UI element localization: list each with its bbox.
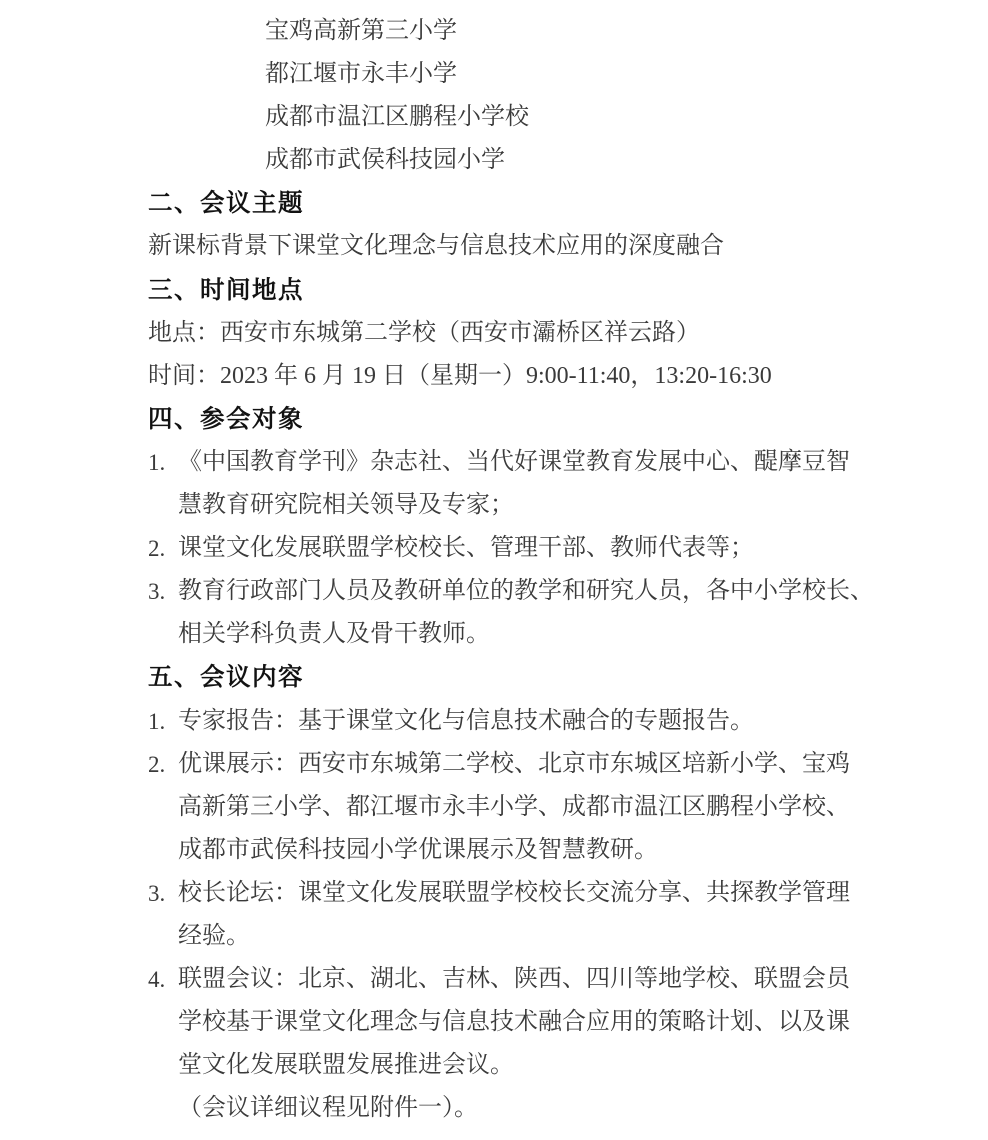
school-list: 宝鸡高新第三小学 都江堰市永丰小学 成都市温江区鹏程小学校 成都市武侯科技园小学	[148, 10, 958, 182]
list-item-text: 《中国教育学刊》杂志社、当代好课堂教育发展中心、醍摩豆智	[178, 441, 958, 484]
list-item: 2. 优课展示：西安市东城第二学校、北京市东城区培新小学、宝鸡	[148, 743, 958, 786]
list-item-continuation: 学校基于课堂文化理念与信息技术融合应用的策略计划、以及课	[148, 1001, 958, 1044]
list-item-text: 教育行政部门人员及教研单位的教学和研究人员，各中小学校长、	[178, 570, 958, 613]
list-item-number: 4.	[148, 958, 178, 1001]
agenda-note: （会议详细议程见附件一）。	[148, 1087, 958, 1130]
school-list-item: 都江堰市永丰小学	[148, 53, 958, 96]
list-item-number: 3.	[148, 872, 178, 915]
list-item: 3. 校长论坛：课堂文化发展联盟学校校长交流分享、共探教学管理	[148, 872, 958, 915]
list-item-number: 1.	[148, 441, 178, 484]
section-meeting-content: 五、会议内容 1. 专家报告：基于课堂文化与信息技术融合的专题报告。 2. 优课…	[148, 656, 958, 1130]
list-item: 2. 课堂文化发展联盟学校校长、管理干部、教师代表等；	[148, 527, 958, 570]
section-time-place: 三、时间地点 地点：西安市东城第二学校（西安市灞桥区祥云路） 时间：2023 年…	[148, 269, 958, 398]
list-item-number: 1.	[148, 700, 178, 743]
section-heading-meeting-content: 五、会议内容	[148, 656, 958, 699]
list-item-number: 2.	[148, 527, 178, 570]
list-item: 1. 《中国教育学刊》杂志社、当代好课堂教育发展中心、醍摩豆智	[148, 441, 958, 484]
list-item: 3. 教育行政部门人员及教研单位的教学和研究人员，各中小学校长、	[148, 570, 958, 613]
paragraph-line: 新课标背景下课堂文化理念与信息技术应用的深度融合	[148, 225, 958, 268]
school-list-item: 成都市武侯科技园小学	[148, 139, 958, 182]
school-list-item: 成都市温江区鹏程小学校	[148, 96, 958, 139]
section-meeting-theme: 二、会议主题 新课标背景下课堂文化理念与信息技术应用的深度融合	[148, 182, 958, 268]
list-item: 1. 专家报告：基于课堂文化与信息技术融合的专题报告。	[148, 700, 958, 743]
list-item-text: 专家报告：基于课堂文化与信息技术融合的专题报告。	[178, 700, 958, 743]
document-page: 宝鸡高新第三小学 都江堰市永丰小学 成都市温江区鹏程小学校 成都市武侯科技园小学…	[0, 0, 988, 1140]
list-item-text: 课堂文化发展联盟学校校长、管理干部、教师代表等；	[178, 527, 958, 570]
list-item-continuation: 高新第三小学、都江堰市永丰小学、成都市温江区鹏程小学校、	[148, 786, 958, 829]
time-line: 时间：2023 年 6 月 19 日（星期一）9:00-11:40，13:20-…	[148, 355, 958, 398]
list-item-number: 2.	[148, 743, 178, 786]
list-item-continuation: 堂文化发展联盟发展推进会议。	[148, 1044, 958, 1087]
list-item-continuation: 相关学科负责人及骨干教师。	[148, 613, 958, 656]
list-item-continuation: 慧教育研究院相关领导及专家；	[148, 484, 958, 527]
list-item-text: 校长论坛：课堂文化发展联盟学校校长交流分享、共探教学管理	[178, 872, 958, 915]
place-line: 地点：西安市东城第二学校（西安市灞桥区祥云路）	[148, 312, 958, 355]
section-heading-meeting-theme: 二、会议主题	[148, 182, 958, 225]
section-participants: 四、参会对象 1. 《中国教育学刊》杂志社、当代好课堂教育发展中心、醍摩豆智 慧…	[148, 398, 958, 657]
list-item-text: 联盟会议：北京、湖北、吉林、陕西、四川等地学校、联盟会员	[178, 958, 958, 1001]
school-list-item: 宝鸡高新第三小学	[148, 10, 958, 53]
section-heading-time-place: 三、时间地点	[148, 269, 958, 312]
list-item-continuation: 成都市武侯科技园小学优课展示及智慧教研。	[148, 829, 958, 872]
list-item-continuation: 经验。	[148, 915, 958, 958]
section-heading-participants: 四、参会对象	[148, 398, 958, 441]
list-item: 4. 联盟会议：北京、湖北、吉林、陕西、四川等地学校、联盟会员	[148, 958, 958, 1001]
list-item-text: 优课展示：西安市东城第二学校、北京市东城区培新小学、宝鸡	[178, 743, 958, 786]
list-item-number: 3.	[148, 570, 178, 613]
